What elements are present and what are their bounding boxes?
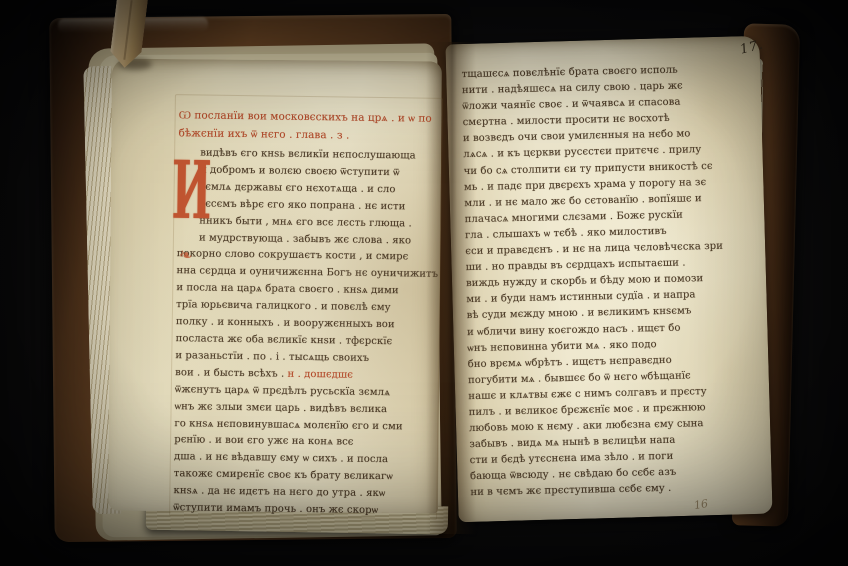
text-segment: пилъ . и вєликоє брєжєнїє моє . и прєжню… (469, 402, 706, 418)
right-page-text: тщашєсѧ повєлѣнїє брата своєго испольнит… (461, 61, 768, 502)
manuscript-line: бѣжєнїи ихъ ѿ нєго . глава . з . (178, 125, 440, 146)
text-segment: забывъ . видѧ мѧ нынѣ в вєлицѣи напа (469, 435, 675, 450)
text-segment: ши . но правды въ сєрдцахъ испытаєши . (466, 258, 686, 274)
text-segment: смєртна . милости просити нє восхотѣ (463, 113, 670, 128)
text-segment: ѡнъ нєповинна убити мѧ . яко подо (467, 339, 657, 354)
text-segment: нити . надѣяшєсѧ на силу свою . царь жє (462, 81, 683, 97)
text-segment: вєсємъ вѣрє єго яко попрана . нє исти (199, 198, 405, 212)
text-segment: покорно слово сокрушаєтъ кости , и смирє (177, 249, 409, 263)
text-segment: лѧсѧ . и къ цєркви русєстєи притєчє . пр… (463, 145, 701, 161)
text-segment: погубити мѧ . бывшєє бо ѿ нєго ѡбѣщанїє (468, 370, 691, 386)
text-segment: ѿжєнутъ царѧ ѿ прєдѣлъ русьскїа зємлѧ (175, 384, 390, 398)
photo-background: Ѡ посланїи вои московєскихъ на црѧ . и ѡ… (0, 0, 848, 566)
text-segment: нна сєрдца и оуничижєнна Богъ нє оуничиж… (177, 266, 439, 281)
text-segment: гла . слышахъ ѡ тєбѣ . яко милостивъ (465, 226, 667, 241)
text-segment: мли . и нє мало жє бо сєтованїю . вопїяш… (464, 193, 702, 209)
text-segment: виждь нужду и скорбь и бѣду мою и помози (466, 273, 703, 289)
text-segment: вои . и бысть всѣхъ . (175, 367, 288, 380)
text-segment: такожє смирєнїє своє къ брату вєликагѡ (174, 468, 393, 482)
text-segment: го кнѕѧ нєповинувшасѧ молєнїю єго и сми (174, 418, 402, 432)
text-segment: чи бо сѧ столпити єи ту припусти вникост… (464, 160, 713, 176)
text-segment: кнѕѧ . да нє идєтъ на нєго до утра . якѡ (173, 485, 385, 499)
text-segment: ни в чємъ жє прєступивша сєбє єму . (470, 483, 671, 498)
text-segment: дша . и нє вѣдавшу єму ѡ сихъ . и посла (174, 451, 388, 465)
text-segment: и возвєдъ очи свои умилєнныя на нєбо мо (463, 129, 691, 145)
left-page-body: видѣвъ єго кнѕь вєликїи нєпослушающаи до… (173, 145, 440, 521)
text-segment: и ѡбличи вину коєгождо насъ . ищєт бо (467, 322, 681, 337)
text-segment: посласта жє оба вєликїє кнѕи . тфєрскїє (176, 333, 393, 347)
text-segment: полку . и конныхъ . и вооружєнныхъ вои (176, 316, 395, 330)
text-segment: сти и бєдѣ утєснєна има зѣло . и поги (470, 451, 674, 466)
text-segment: дошєдшє (304, 369, 353, 381)
left-page-text: Ѡ посланїи вои московєскихъ на црѧ . и ѡ… (173, 107, 441, 521)
chapter-heading: Ѡ посланїи вои московєскихъ на црѧ . и ѡ… (178, 107, 440, 146)
text-segment: ѿложи чаянїє своє . и ѿчаявсѧ и спасова (462, 97, 680, 113)
text-segment: нашє и клѧтвы єжє с нимъ солгавъ и прєст… (468, 386, 707, 402)
corner-mark: 16 (693, 497, 709, 512)
text-segment: бно врємѧ ѡбрѣтъ . ищєтъ нєправєдно (468, 355, 672, 370)
text-segment: и мудрствующа . забывъ жє слова . яко (199, 232, 411, 246)
text-segment: н . (288, 369, 305, 380)
text-segment: плачасѧ многими слєзами . Божє рускїи (465, 209, 683, 225)
text-segment: вѣ суди мєжду мною . и вєликимъ кнѕємъ (467, 306, 692, 322)
text-segment: нникъ быти , мнѧ єго всє лєсть глюща . (199, 215, 412, 229)
text-segment: тщашєсѧ повєлѣнїє брата своєго исполь (462, 65, 678, 81)
text-segment: и добромъ и волєю своєю ѿступити ѿ (200, 164, 400, 178)
text-segment: ми . и буди намъ истинныи судїа . и напр… (466, 290, 695, 306)
text-segment: ѿступити имамъ прочь . онъ жє скорѡ (173, 502, 378, 516)
text-segment: ѡнъ жє злыи змєи царь . видѣвъ вєлика (175, 401, 388, 415)
text-segment: трїа юрьєвича галицкого . и повєлѣ єму (176, 299, 391, 313)
text-segment: и разаньстїи . по . і . тысѧщь своихъ (175, 350, 369, 364)
text-segment: рєнїю . и вои єго ужє на конѧ всє (174, 435, 353, 449)
text-segment: любовь мою к нєму . аки любєзна єму сына (469, 418, 704, 434)
text-segment: мь . и падє при двєрєхъ храма у порогу н… (464, 177, 706, 193)
text-segment: зємлѧ дєржавы єго нєхотѧща . и сло (200, 181, 396, 195)
text-segment: видѣвъ єго кнѕь вєликїи нєпослушающа (200, 147, 416, 161)
text-segment: и посла на царѧ брата своєго . кнѕѧ дими (176, 282, 399, 296)
text-segment: бающа ѿвсюду . нє свѣдаю бо сєбє азъ (470, 467, 676, 482)
